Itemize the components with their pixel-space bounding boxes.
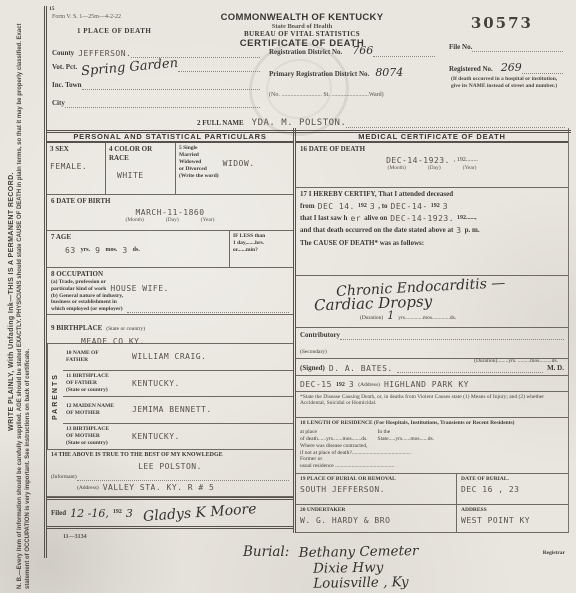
certify-from-value: DEC 14. [318,202,355,211]
burial-date-cell: DATE OF BURIAL. DEC 16 , 23 [456,474,568,504]
primary-district-row: Primary Registration District No. 8074 [269,66,441,79]
father-name-value: WILLIAM CRAIG. [132,352,206,361]
contributory-line [340,330,564,340]
race-value: WHITE [117,171,172,180]
informant-row: 14 THE ABOVE IS TRUE TO THE BEST OF MY K… [47,450,293,497]
burial-note-line1: Bethany Cemeter [299,544,419,562]
cause-of-death-block: Chronic Endocarditis — Cardiac Dropsy (D… [296,276,568,328]
city-label: City [52,99,65,108]
mother-name-value: JEMIMA BENNETT. [132,405,212,414]
voting-precinct-row: Vot. Pct. Spring Garden [52,60,260,72]
registered-no-value: 269 [501,61,522,74]
mother-birthplace-value: KENTUCKY. [132,432,180,441]
filed-year-written: 3 [126,507,133,520]
primary-district-label: Primary Registration District No. [269,70,369,79]
cause-duration-label: (Duration) [360,315,383,322]
mother-birthplace-label: 13 BIRTHPLACE OF MOTHER (State or countr… [66,426,128,447]
death-occurred-line: and that death occurred on the date stat… [300,226,453,235]
certify-saw-alive: alive on [364,214,387,223]
registration-district-label: Registration District No. [269,48,342,57]
burial-date-label: DATE OF BURIAL. [461,476,564,483]
length-of-residence-block: 18 LENGTH OF RESIDENCE (For Hospitals, I… [296,418,568,474]
sex-value: FEMALE. [50,162,102,171]
father-birthplace-row: 11 BIRTHPLACE OF FATHER (State or countr… [63,371,293,398]
signed-address-value: HIGHLAND PARK KY [384,380,469,389]
certify-from-label: from [300,202,315,211]
burial-date-value: DEC 16 , 23 [461,485,564,494]
certify-from-year-printed: 192 [358,203,367,211]
race-label: 4 COLOR OR RACE [109,145,172,163]
dod-sublabels: (Month) (Day) (Year) [300,165,564,172]
dod-value: DEC-14-1923. [386,156,450,165]
parents-block: PARENTS 10 NAME OF FATHER WILLIAM CRAIG.… [47,344,293,450]
hospital-note: (If death occurred in a hospital or inst… [451,76,563,90]
death-time-value: 3 [456,226,461,235]
age-years-unit: yrs. [81,247,91,255]
registration-district-row: Registration District No. 766 [269,44,435,57]
informant-statement-label: 14 THE ABOVE IS TRUE TO THE BEST OF MY K… [51,452,289,460]
certify-to-value: DEC-14- [391,202,428,211]
occupation-a-label: (a) Trade, profession or particular kind… [51,279,106,293]
signed-date-value: DEC-15 [300,380,332,389]
signed-line [397,363,543,373]
undertaker-row: 20 UNDERTAKER W. G. HARDY & BRO ADDRESS … [296,505,568,533]
registered-no-label: Registered No. [449,65,493,74]
mother-birthplace-row: 13 BIRTHPLACE OF MOTHER (State or countr… [63,424,293,450]
signed-value: D. A. BATES. [329,364,393,373]
sex-label: 3 SEX [50,145,102,154]
state-board-subtitle: State Board of Health [175,23,429,30]
undertaker-cell: 20 UNDERTAKER W. G. HARDY & BRO [296,505,456,532]
medical-column: MEDICAL CERTIFICATE OF DEATH 16 DATE OF … [293,128,569,533]
registration-district-value: 766 [352,44,373,57]
occupation-row: 8 OCCUPATION (a) Trade, profession or pa… [47,268,293,315]
sex-cell: 3 SEX FEMALE. [47,143,105,194]
informant-address-label: (Address) [77,485,99,492]
registered-no-line [522,64,563,74]
voting-precinct-label: Vot. Pct. [52,63,77,72]
burial-row: 19 PLACE OF BURIAL OR REMOVAL SOUTH JEFF… [296,474,568,505]
father-birthplace-value: KENTUCKY. [132,379,180,388]
voting-precinct-line [178,62,260,72]
file-no-row: File No. [449,42,563,52]
father-name-row: 10 NAME OF FATHER WILLIAM CRAIG. [63,344,293,371]
dob-value: MARCH-11-1860 [51,208,289,217]
inc-town-label: Inc. Town [52,81,82,90]
registrar-signature: Gladys K Moore [142,501,256,525]
certify-from-year-written: 3 [370,202,375,211]
informant-label: (Informant) [51,474,77,481]
write-plainly-note: WRITE PLAINLY, With Unfading Ink—THIS IS… [8,14,15,589]
residence-if-not: if not at place of death?...............… [300,450,564,457]
residence-in-state: In the State.....yrs......mos......ds. [378,429,435,443]
contributory-sublabel: (Secondary) [300,349,327,355]
signed-address-label: (Address) [358,382,380,389]
signed-date-row: DEC-15 192 3 (Address) HIGHLAND PARK KY [296,376,568,392]
age-days-unit: ds. [133,247,140,255]
scanned-death-certificate: WRITE PLAINLY, With Unfading Ink—THIS IS… [0,0,576,593]
place-of-death-label: 1 PLACE OF DEATH [77,27,151,36]
age-days-value: 3 [122,246,127,255]
signed-year-written: 3 [349,380,354,389]
burial-place-cell: 19 PLACE OF BURIAL OR REMOVAL SOUTH JEFF… [296,474,456,504]
father-birthplace-label: 11 BIRTHPLACE OF FATHER (State or countr… [66,373,128,394]
residence-contracted: Where was disease contracted, [300,443,564,450]
signed-label: (Signed) [300,364,325,373]
registrar-label: Registrar [543,550,565,557]
signed-row: (Signed) D. A. BATES. M. D. [296,359,568,376]
cause-footnote: *State the Disease Causing Death, or, in… [296,392,568,418]
occupation-label: 8 OCCUPATION [51,270,289,279]
certify-saw-er: er [350,214,361,223]
certify-block: 17 I HEREBY CERTIFY, That I attended dec… [296,188,568,276]
contributory-block: Contributory (Secondary) (Duration).....… [296,328,568,359]
registration-district-line [373,47,435,57]
form-number: Form V. S. 1—25m—4-2-22 [52,14,121,22]
filed-row-number: 15 [49,6,55,13]
residence-at-place: at place of death......yrs.......mos....… [300,429,368,443]
undertaker-value: W. G. HARDY & BRO [300,516,452,525]
informant-value: LEE POLSTON. [51,462,289,471]
inc-town-line [82,80,260,90]
mother-name-label: 12 MAIDEN NAME OF MOTHER [66,403,128,417]
vitals-row: 3 SEX FEMALE. 4 COLOR OR RACE WHITE 5 Si… [47,143,293,195]
dod-label: 16 DATE OF DEATH [300,145,564,154]
county-value: JEFFERSON. [78,49,131,58]
dob-sublabels: (Month) (Day) (Year) [51,217,289,224]
undertaker-address-value: WEST POINT KY [461,516,564,525]
city-row: City [52,98,260,108]
residence-heading: 18 LENGTH OF RESIDENCE (For Hospitals, I… [300,420,564,427]
handwritten-burial-note: Burial: Bethany Cemeter Dixie Hwy Louisv… [243,545,419,592]
certify-saw-year-stub: 192......, [457,215,477,223]
informant-address-value: VALLEY STA. KY. R # 5 [103,483,215,492]
parents-side-label: PARENTS [47,344,63,449]
mother-name-row: 12 MAIDEN NAME OF MOTHER JEMIMA BENNETT. [63,397,293,424]
primary-district-value: 8074 [375,66,403,79]
race-cell: 4 COLOR OR RACE WHITE [105,143,175,194]
certify-saw-value: DEC-14-1923. [390,214,454,223]
dod-year-stub: , 192........ [454,157,478,165]
filed-date-value: 12 -16, [70,507,109,520]
county-label: County [52,49,74,58]
age-months-value: 9 [95,246,100,255]
nb-note: N. B.—Every item of information should b… [16,14,32,589]
date-of-death-row: 16 DATE OF DEATH DEC-14-1923. , 192.....… [296,143,568,188]
filed-year-printed: 192 [113,509,122,517]
signed-md-label: M. D. [547,364,564,373]
dob-label: 6 DATE OF BIRTH [51,197,289,206]
personal-column: PERSONAL AND STATISTICAL PARTICULARS 3 S… [47,128,293,550]
undertaker-address-cell: ADDRESS WEST POINT KY [456,505,568,532]
certify-to-label: , to [378,202,387,211]
filed-label: Filed [51,509,66,518]
age-months-unit: mos. [105,247,117,255]
informant-line [77,471,289,481]
birthplace-label: 9 BIRTHPLACE [51,324,102,332]
occupation-b-line [127,303,289,313]
certify-to-year-printed: 192 [431,203,440,211]
age-years-value: 63 [65,246,76,255]
burial-place-value: SOUTH JEFFERSON. [300,485,452,494]
file-no-line [472,42,563,52]
county-line [131,48,260,58]
commonwealth-title: COMMONWEALTH OF KENTUCKY [175,12,429,23]
age-note: IF LESS than 1 day,......hrs. or......mi… [229,231,293,267]
certificate-body: Form V. S. 1—25m—4-2-22 1 PLACE OF DEATH… [44,6,571,558]
inc-town-row: Inc. Town [52,80,260,90]
death-time-suffix: p. m. [465,226,480,235]
full-name-row: 2 FULL NAME YDA. M. POLSTON. [47,109,571,133]
birthplace-sublabel: (State or country) [106,326,145,332]
cause-duration-units: yrs.............mos.............ds. [398,315,456,322]
registered-no-row: Registered No. 269 [449,61,563,74]
full-name-label: 2 FULL NAME [197,119,244,128]
file-no-label: File No. [449,43,472,52]
marital-cell: 5 Single Married Widowed or Divorced (Wr… [175,143,293,194]
marital-label: 5 Single Married Widowed or Divorced (Wr… [179,145,219,192]
city-line [65,98,260,108]
burial-note-prefix: Burial: [243,545,289,592]
full-name-line [346,118,565,128]
occupation-b-label: (b) General nature of industry, business… [51,293,123,314]
certificate-columns: PERSONAL AND STATISTICAL PARTICULARS 3 S… [47,128,571,550]
full-name-value: YDA. M. POLSTON. [252,118,347,128]
undertaker-label: 20 UNDERTAKER [300,507,452,514]
cause-of-death-label: The CAUSE OF DEATH* was as follows: [300,239,564,248]
filed-row: 15 Filed 12 -16, 192 3 Gladys K Moore Re… [47,497,293,529]
residence-former-usual: Former or usual residence ..............… [300,456,564,470]
father-name-label: 10 NAME OF FATHER [66,350,128,364]
birthplace-row: 9 BIRTHPLACE (State or country) MEADE CO… [47,315,293,344]
date-of-birth-row: 6 DATE OF BIRTH MARCH-11-1860 (Month) (D… [47,195,293,231]
left-margin-instructions: WRITE PLAINLY, With Unfading Ink—THIS IS… [8,14,32,589]
contributory-label: Contributory [300,331,340,340]
county-row: County JEFFERSON. [52,40,260,58]
certificate-header: Form V. S. 1—25m—4-2-22 1 PLACE OF DEATH… [47,6,571,128]
voting-precinct-value: Spring Garden [81,56,179,79]
signed-year-printed: 192 [336,382,345,390]
burial-place-label: 19 PLACE OF BURIAL OR REMOVAL [300,476,452,483]
occupation-a-value: HOUSE WIFE. [110,284,168,293]
certify-to-year-written: 3 [443,202,448,211]
burial-note-line3: Louisville , Ky [313,575,419,592]
age-row: 7 AGE 63 yrs. 9 mos. 3 ds. IF LESS than … [47,231,293,268]
street-ward-line: (No. ........................... St. ...… [269,92,384,100]
marital-value: WIDOW. [223,159,255,192]
bureau-subtitle: BUREAU OF VITAL STATISTICS [175,30,429,38]
certify-line: 17 I HEREBY CERTIFY, That I attended dec… [300,190,564,199]
certify-saw-prefix: that I last saw h [300,214,347,223]
certificate-number-stamp: 30573 [471,14,533,32]
undertaker-address-label: ADDRESS [461,507,564,514]
